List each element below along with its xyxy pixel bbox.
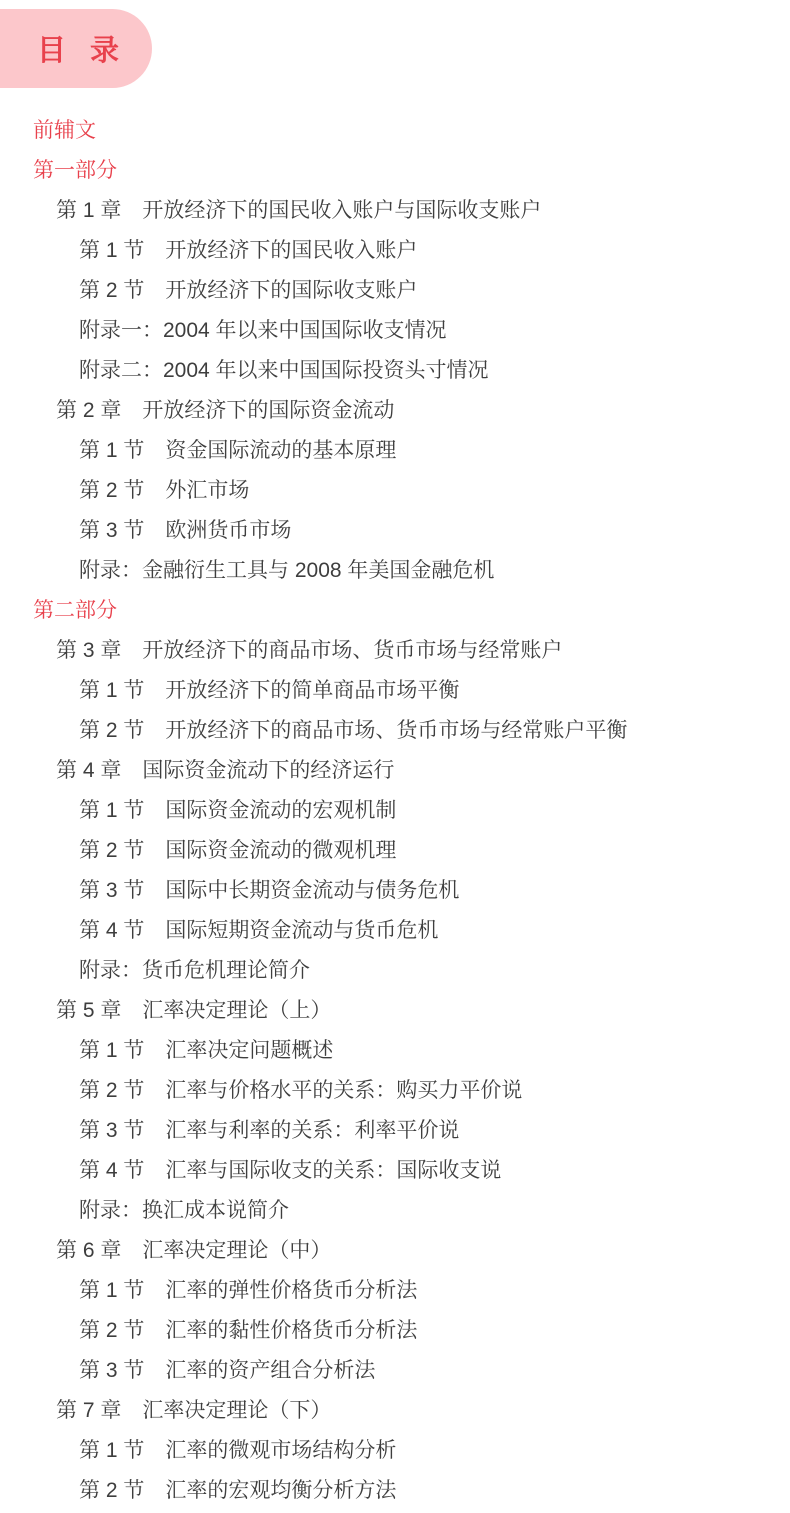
toc-list: 前辅文第一部分第 1 章 开放经济下的国民收入账户与国际收支账户第 1 节 开放… xyxy=(0,111,790,1511)
toc-item-section[interactable]: 第 2 节 开放经济下的国际收支账户 xyxy=(0,271,790,311)
toc-badge-label: 目 录 xyxy=(0,28,119,69)
toc-item-chapter[interactable]: 第 2 章 开放经济下的国际资金流动 xyxy=(0,391,790,431)
toc-item-chapter[interactable]: 第 5 章 汇率决定理论（上） xyxy=(0,991,790,1031)
toc-item-part[interactable]: 第二部分 xyxy=(0,591,790,631)
toc-item-section[interactable]: 第 1 节 汇率的微观市场结构分析 xyxy=(0,1431,790,1471)
toc-item-part[interactable]: 第一部分 xyxy=(0,151,790,191)
toc-item-section[interactable]: 第 3 节 欧洲货币市场 xyxy=(0,511,790,551)
toc-item-section[interactable]: 第 2 节 开放经济下的商品市场、货币市场与经常账户平衡 xyxy=(0,711,790,751)
toc-item-appendix[interactable]: 附录：换汇成本说简介 xyxy=(0,1191,790,1231)
toc-item-section[interactable]: 第 1 节 开放经济下的简单商品市场平衡 xyxy=(0,671,790,711)
toc-item-appendix[interactable]: 附录：货币危机理论简介 xyxy=(0,951,790,991)
toc-item-appendix[interactable]: 附录二：2004 年以来中国国际投资头寸情况 xyxy=(0,351,790,391)
toc-item-section[interactable]: 第 1 节 开放经济下的国民收入账户 xyxy=(0,231,790,271)
toc-item-chapter[interactable]: 第 7 章 汇率决定理论（下） xyxy=(0,1391,790,1431)
toc-item-section[interactable]: 第 2 节 国际资金流动的微观机理 xyxy=(0,831,790,871)
toc-item-appendix[interactable]: 附录：金融衍生工具与 2008 年美国金融危机 xyxy=(0,551,790,591)
toc-item-section[interactable]: 第 2 节 汇率的黏性价格货币分析法 xyxy=(0,1311,790,1351)
toc-item-section[interactable]: 第 3 节 汇率的资产组合分析法 xyxy=(0,1351,790,1391)
toc-item-section[interactable]: 第 4 节 国际短期资金流动与货币危机 xyxy=(0,911,790,951)
toc-item-chapter[interactable]: 第 3 章 开放经济下的商品市场、货币市场与经常账户 xyxy=(0,631,790,671)
toc-item-section[interactable]: 第 1 节 资金国际流动的基本原理 xyxy=(0,431,790,471)
toc-item-section[interactable]: 第 1 节 国际资金流动的宏观机制 xyxy=(0,791,790,831)
toc-item-section[interactable]: 第 4 节 汇率与国际收支的关系：国际收支说 xyxy=(0,1151,790,1191)
toc-item-appendix[interactable]: 附录一：2004 年以来中国国际收支情况 xyxy=(0,311,790,351)
toc-item-chapter[interactable]: 第 1 章 开放经济下的国民收入账户与国际收支账户 xyxy=(0,191,790,231)
toc-item-section[interactable]: 第 2 节 汇率与价格水平的关系：购买力平价说 xyxy=(0,1071,790,1111)
toc-badge: 目 录 xyxy=(0,9,152,88)
toc-item-section[interactable]: 第 2 节 汇率的宏观均衡分析方法 xyxy=(0,1471,790,1511)
toc-item-chapter[interactable]: 第 6 章 汇率决定理论（中） xyxy=(0,1231,790,1271)
toc-item-section[interactable]: 第 2 节 外汇市场 xyxy=(0,471,790,511)
toc-item-section[interactable]: 第 3 节 国际中长期资金流动与债务危机 xyxy=(0,871,790,911)
toc-item-section[interactable]: 第 1 节 汇率的弹性价格货币分析法 xyxy=(0,1271,790,1311)
toc-item-front-matter[interactable]: 前辅文 xyxy=(0,111,790,151)
toc-item-chapter[interactable]: 第 4 章 国际资金流动下的经济运行 xyxy=(0,751,790,791)
toc-item-section[interactable]: 第 3 节 汇率与利率的关系：利率平价说 xyxy=(0,1111,790,1151)
toc-item-section[interactable]: 第 1 节 汇率决定问题概述 xyxy=(0,1031,790,1071)
